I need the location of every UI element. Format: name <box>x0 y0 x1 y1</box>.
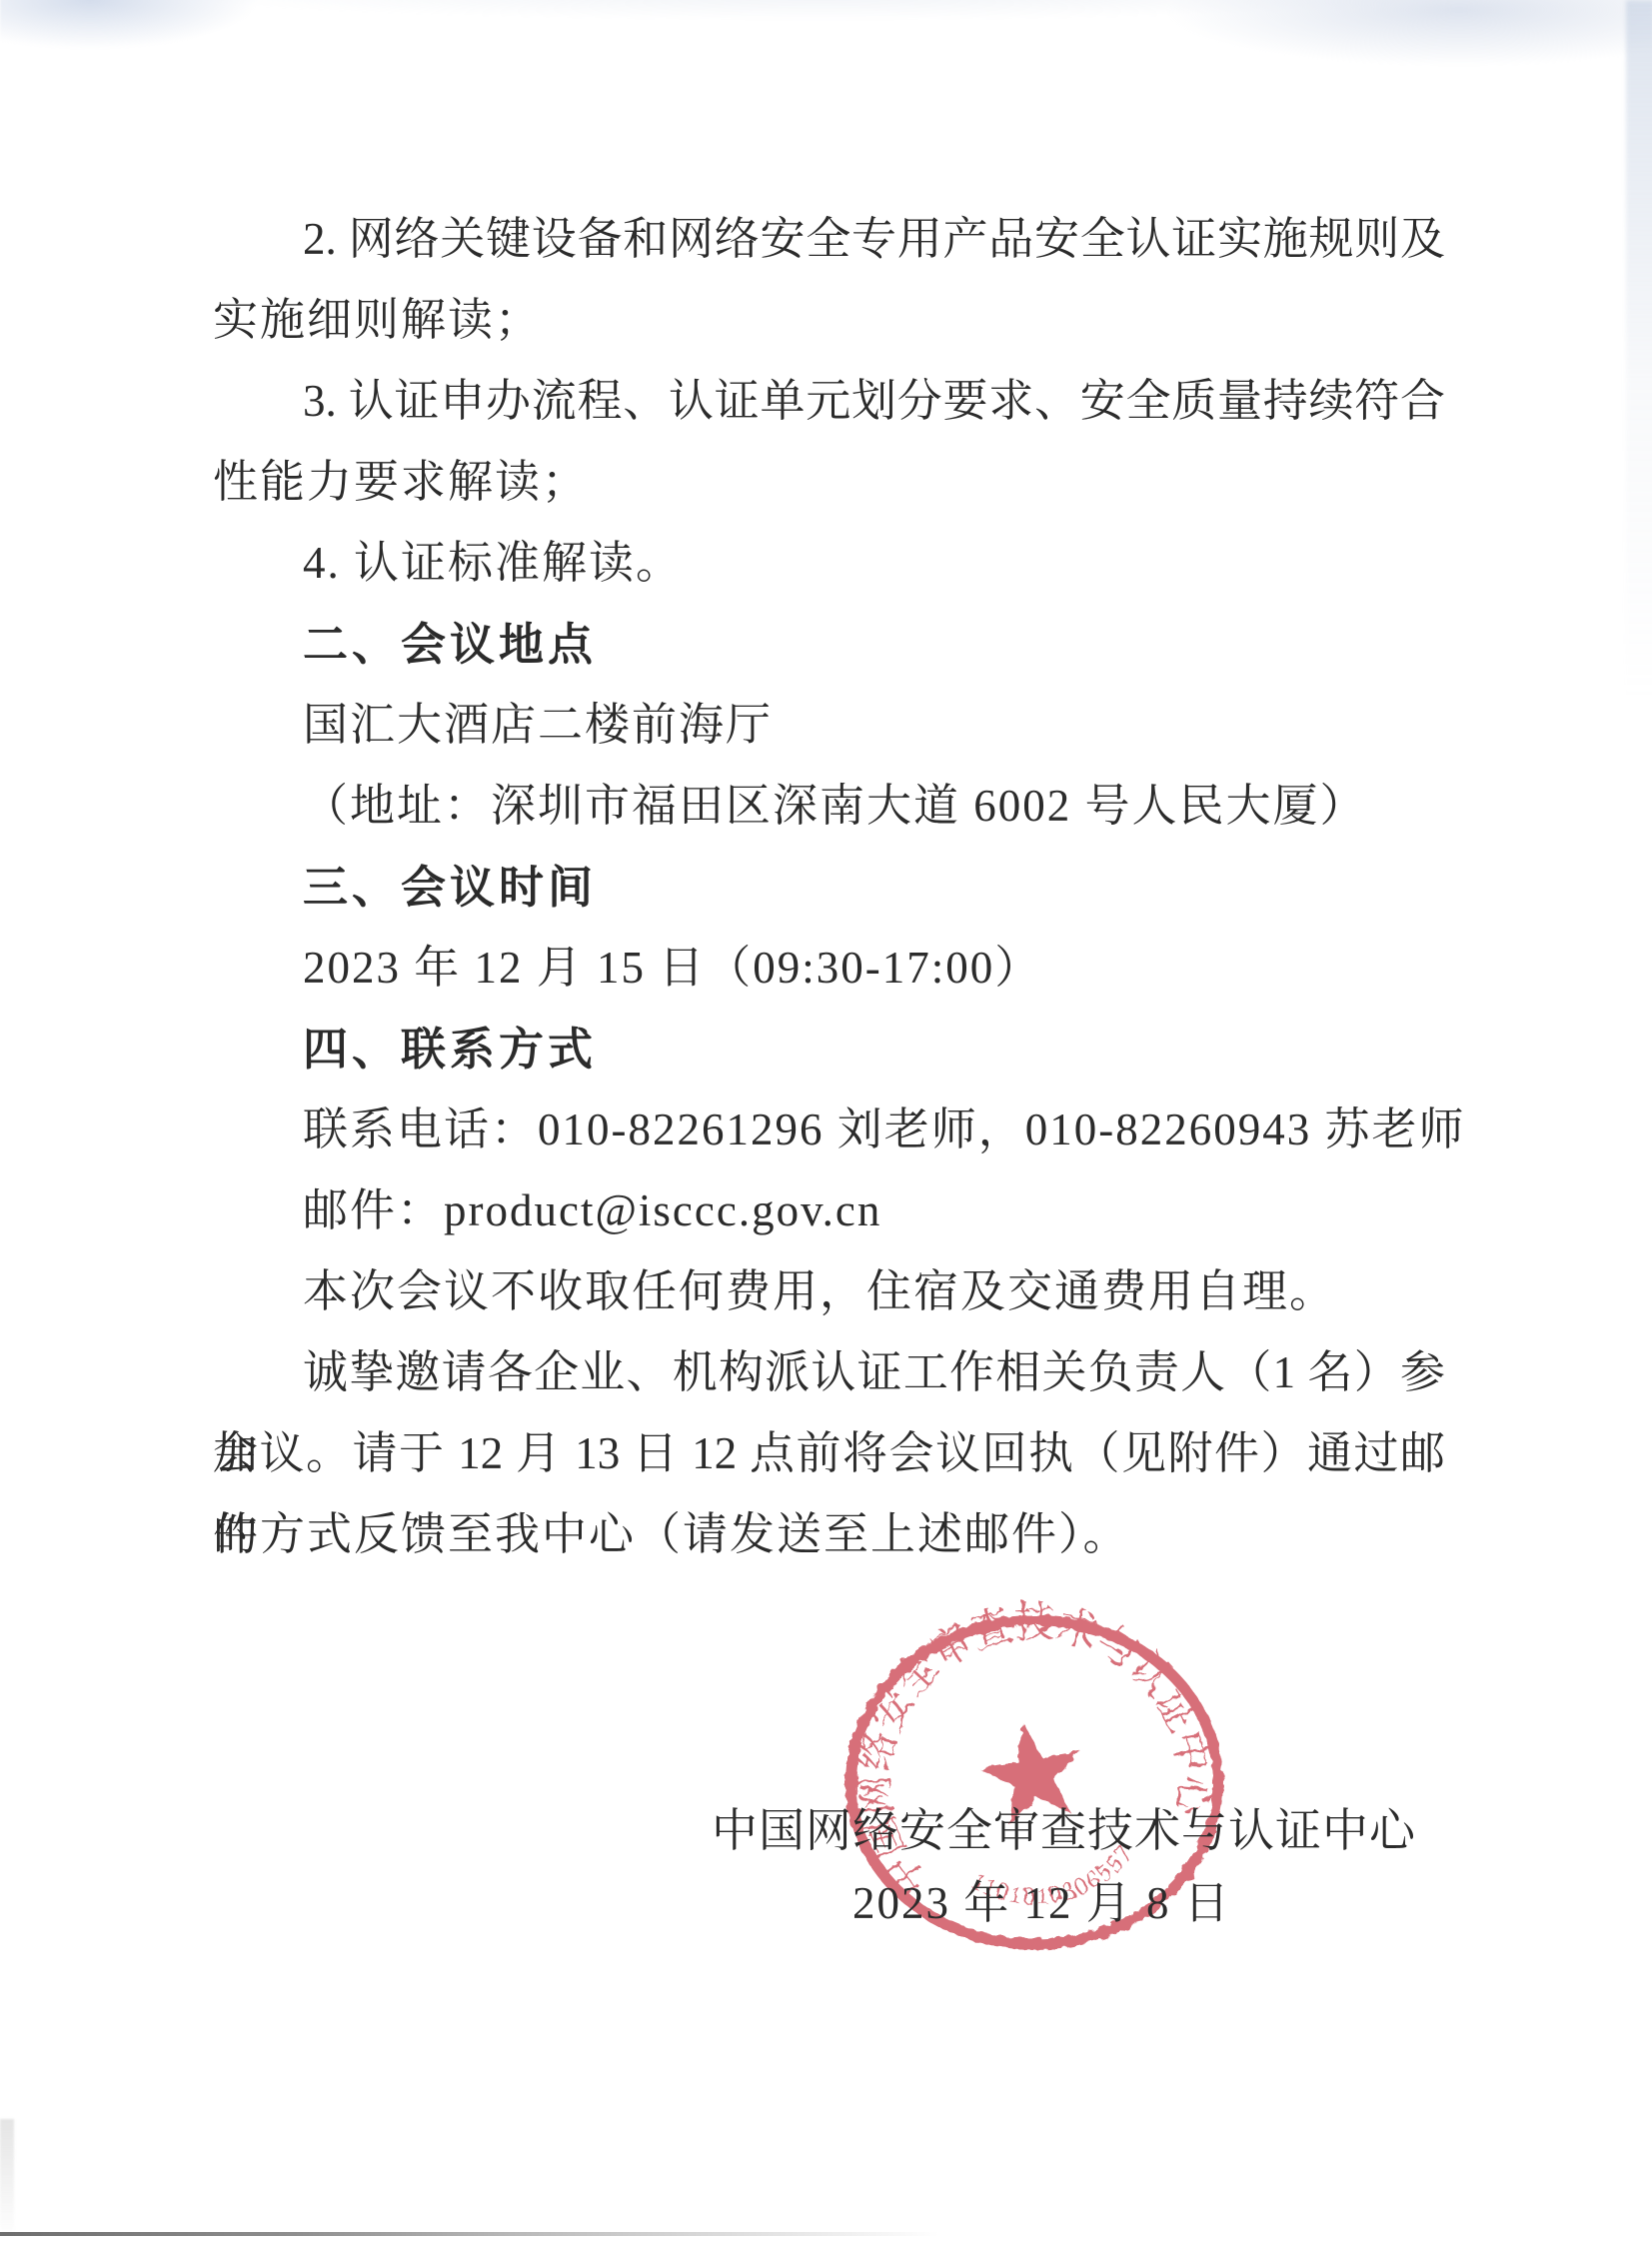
official-seal: 中国网络安全审查技术与认证中心 1101010306557 <box>805 1552 1264 2012</box>
scan-artifact-top-edge <box>0 0 1652 90</box>
scan-artifact-bottom-line <box>0 2232 939 2236</box>
fee-note: 本次会议不收取任何费用，住宿及交通费用自理。 <box>213 1251 1445 1332</box>
venue-address: （地址：深圳市福田区深南大道 6002 号人民大厦） <box>213 766 1445 847</box>
meeting-time: 2023 年 12 月 15 日（09:30-17:00） <box>213 928 1445 1009</box>
contact-email: 邮件：product@isccc.gov.cn <box>213 1170 1445 1251</box>
list-item-3: 3. 认证申办流程、认证单元划分要求、安全质量持续符合 <box>213 361 1445 442</box>
signature-org: 中国网络安全审查技术与认证中心 <box>712 1801 1416 1861</box>
section-heading-venue: 二、会议地点 <box>213 604 1445 685</box>
scan-artifact-right-edge <box>1626 0 1652 700</box>
section-heading-contact: 四、联系方式 <box>213 1009 1445 1090</box>
document-body: 2. 网络关键设备和网络安全专用产品安全认证实施规则及 实施细则解读； 3. 认… <box>213 199 1445 1575</box>
list-item-4: 4. 认证标准解读。 <box>213 523 1445 604</box>
signature-date: 2023 年 12 月 8 日 <box>852 1873 1231 1933</box>
venue-name: 国汇大酒店二楼前海厅 <box>213 685 1445 766</box>
scan-artifact-left-smudge <box>0 2119 14 2239</box>
invitation-para: 诚挚邀请各企业、机构派认证工作相关负责人（1 名）参加 <box>213 1332 1445 1413</box>
list-item-2-cont: 实施细则解读； <box>213 280 1445 361</box>
list-item-3-cont: 性能力要求解读； <box>213 442 1445 523</box>
section-heading-time: 三、会议时间 <box>213 847 1445 928</box>
list-item-2: 2. 网络关键设备和网络安全专用产品安全认证实施规则及 <box>213 199 1445 280</box>
invitation-para-cont: 会议。请于 12 月 13 日 12 点前将会议回执（见附件）通过邮件 <box>213 1413 1445 1494</box>
contact-phone: 联系电话：010-82261296 刘老师，010-82260943 苏老师 <box>213 1090 1445 1170</box>
document-page: 2. 网络关键设备和网络安全专用产品安全认证实施规则及 实施细则解读； 3. 认… <box>0 0 1652 2243</box>
